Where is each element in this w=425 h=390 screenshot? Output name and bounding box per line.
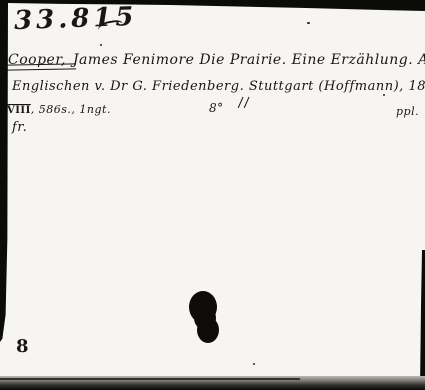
ink-speck — [383, 94, 385, 96]
ink-blot — [186, 290, 222, 346]
collation-roman-numeral: VIII — [7, 105, 31, 116]
catalog-card: 33.815 Cooper, James Fenimore Die Prairi… — [0, 0, 425, 390]
catalog-card-scan: 33.815 Cooper, James Fenimore Die Prairi… — [0, 0, 425, 390]
format-statement: 8° — [209, 101, 224, 115]
author-name: Cooper, — [8, 52, 68, 68]
title-statement: James Fenimore Die Prairie. Eine Erzählu… — [68, 52, 425, 68]
binding-note-left: fr. — [12, 120, 27, 135]
collation-pages: , 586s., 1ngt. — [31, 103, 111, 116]
series-number: 8 — [16, 336, 29, 357]
binding-note-right: ppl. — [396, 105, 419, 118]
ink-speck — [307, 22, 310, 24]
call-number: 33.815 — [14, 2, 138, 36]
entry-line-1: Cooper, James Fenimore Die Prairie. Eine… — [8, 52, 425, 68]
scan-edge-shadow-line — [0, 378, 300, 380]
ink-speck — [100, 44, 102, 46]
ink-speck — [253, 363, 255, 365]
entry-line-2: Englischen v. Dr G. Friedenberg. Stuttga… — [12, 79, 425, 94]
collation: VIII, 586s., 1ngt. — [7, 103, 111, 116]
